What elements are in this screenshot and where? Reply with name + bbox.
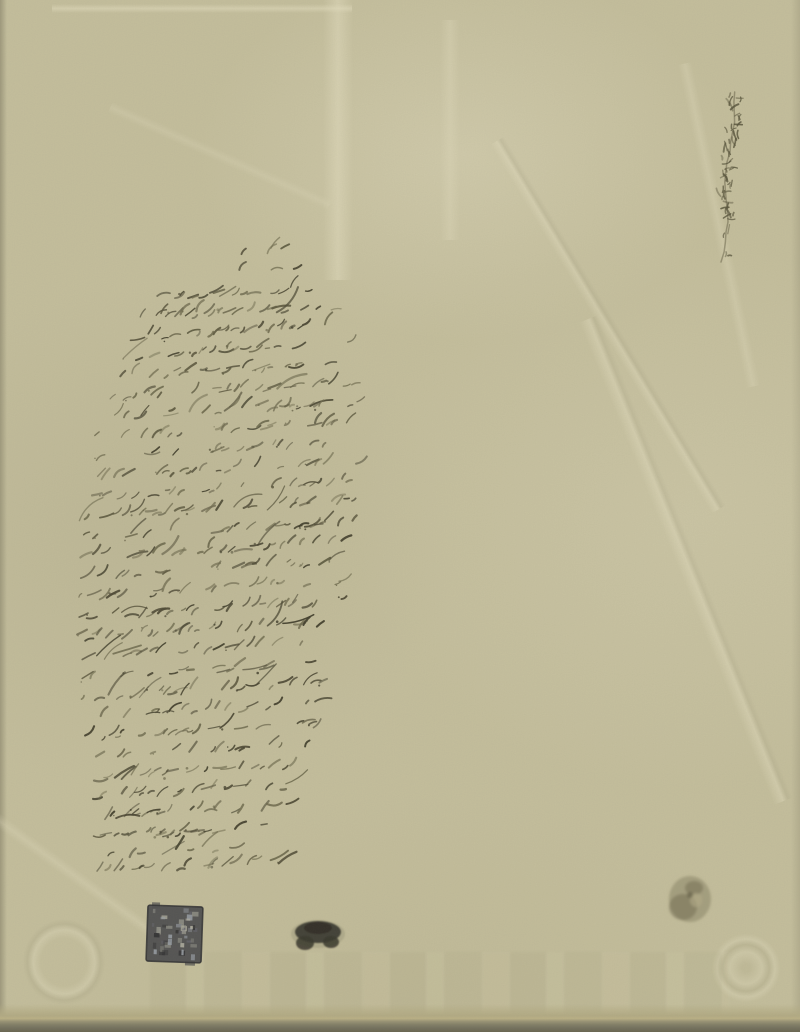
- manuscript-page: Scan of an aged manuscript leaf: a diago…: [0, 0, 800, 1032]
- paper-crease: [678, 62, 760, 388]
- paper-crease: [108, 102, 332, 211]
- faded-round-seal: [669, 876, 711, 922]
- scan-bottom-edge: [0, 1004, 800, 1032]
- paper-crease: [323, 0, 353, 280]
- paper-crease: [440, 20, 460, 240]
- embossed-watermark-left: [16, 912, 112, 1012]
- ink-smudge: [291, 920, 345, 950]
- paper-crease: [490, 137, 725, 514]
- paper-crease: [52, 4, 352, 13]
- main-script-block: [77, 237, 367, 871]
- embossed-impressions-band: [150, 952, 730, 1014]
- marginal-signature: [716, 92, 743, 262]
- paper-texture: [0, 0, 800, 1032]
- paper-crease: [579, 315, 792, 805]
- square-seal-stamp: [146, 902, 203, 966]
- paper-crease: [0, 811, 191, 963]
- paper-grain-overlay: [0, 0, 800, 1032]
- embossed-watermark-right: [706, 928, 786, 1008]
- manuscript-ink-artwork: [0, 0, 800, 1032]
